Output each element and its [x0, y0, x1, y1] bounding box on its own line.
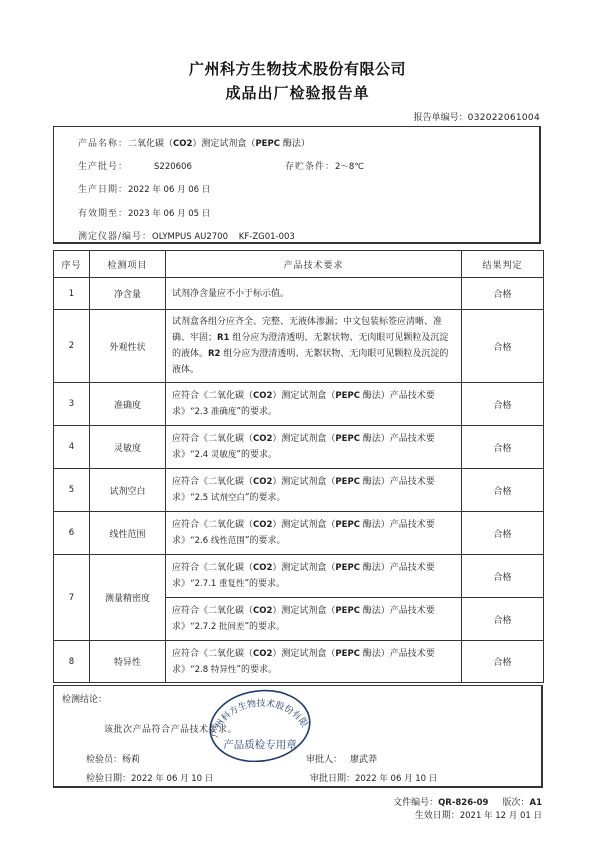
- report-number-value: 032022061004: [468, 113, 540, 123]
- doc-no-label: 文件编号：: [393, 798, 438, 808]
- req-co2: CO2: [253, 649, 272, 659]
- approve-date-label: 审批日期：: [310, 774, 355, 784]
- row-no: 2: [54, 310, 90, 383]
- req-clause: 2.7.1 重复性: [195, 579, 245, 589]
- req-co2: CO2: [253, 434, 272, 444]
- product-name-part: 二氧化碳（: [128, 139, 173, 149]
- instrument-value: OLYMPUS AU2700 KF-ZG01-003: [152, 232, 295, 242]
- product-name-part: 酶法）: [280, 139, 310, 149]
- row-requirement: 应符合《二氧化碳（CO2）测定试剂盒（PEPC 酶法）产品技术要求》“2.7.2…: [166, 598, 462, 641]
- req-co2: CO2: [253, 563, 272, 573]
- req-text: 应符合《二氧化碳（: [172, 563, 253, 573]
- row-result: 合格: [462, 555, 544, 598]
- row-result: 合格: [462, 469, 544, 512]
- req-pepc: PEPC: [335, 391, 360, 401]
- row-item: 试剂空白: [90, 469, 166, 512]
- req-text: ）测定试剂盒（: [272, 391, 335, 401]
- table-row: 4 灵敏度 应符合《二氧化碳（CO2）测定试剂盒（PEPC 酶法）产品技术要求》…: [54, 426, 544, 469]
- row-requirement: 应符合《二氧化碳（CO2）测定试剂盒（PEPC 酶法）产品技术要求》“2.6 线…: [166, 512, 462, 555]
- row-item: 准确度: [90, 383, 166, 426]
- req-text: ）测定试剂盒（: [272, 477, 335, 487]
- row-requirement: 应符合《二氧化碳（CO2）测定试剂盒（PEPC 酶法）产品技术要求》“2.4 灵…: [166, 426, 462, 469]
- doc-no-value: QR-826-09: [438, 798, 488, 808]
- inspect-date-label: 检验日期：: [86, 774, 131, 784]
- table-header-row: 序号 检测项目 产品技术要求 结果判定: [54, 251, 544, 278]
- approver-line: 审批人：廖武莽: [306, 752, 377, 765]
- row-result: 合格: [462, 383, 544, 426]
- results-table: 序号 检测项目 产品技术要求 结果判定 1 净含量 试剂净含量应不小于标示值。 …: [53, 250, 544, 683]
- req-text: 应符合《二氧化碳（: [172, 649, 253, 659]
- production-date-label: 生产日期：: [78, 185, 128, 195]
- req-co2: CO2: [253, 477, 272, 487]
- row-result: 合格: [462, 512, 544, 555]
- req-text: 应符合《二氧化碳（: [172, 434, 253, 444]
- row-requirement: 试剂净含量应不小于标示值。: [166, 278, 462, 310]
- stamp-ring-text: 广州科方生物技术股份有限公司: [206, 686, 310, 739]
- storage-label: 存贮条件：: [285, 162, 335, 172]
- batch-label: 生产批号：: [78, 162, 128, 172]
- req-r1: R1: [217, 333, 229, 343]
- inspect-date-value: 2022 年 06 月 10 日: [131, 774, 213, 784]
- row-result: 合格: [462, 598, 544, 641]
- expiry-line: 有效期至：2023 年 06 月 05 日: [78, 206, 210, 219]
- row-no: 8: [54, 641, 90, 683]
- row-requirement: 应符合《二氧化碳（CO2）测定试剂盒（PEPC 酶法）产品技术要求》“2.3 准…: [166, 383, 462, 426]
- row-result: 合格: [462, 310, 544, 383]
- footer-effective-date: 生效日期：2021 年 12 月 01 日: [415, 808, 542, 821]
- req-pepc: PEPC: [335, 563, 360, 573]
- req-co2: CO2: [253, 520, 272, 530]
- req-text: ）测定试剂盒（: [272, 649, 335, 659]
- req-clause: 2.5 试剂空白: [195, 493, 245, 503]
- storage-value: 2～8℃: [335, 162, 364, 172]
- req-text: ”的要求。: [245, 536, 286, 546]
- header-requirement: 产品技术要求: [166, 251, 462, 278]
- row-item: 外观性状: [90, 310, 166, 383]
- row-requirement: 试剂盒各组分应齐全、完整、无液体渗漏；中文包装标签应清晰、准确、牢固；R1 组分…: [166, 310, 462, 383]
- product-name-label: 产品名称：: [78, 139, 128, 149]
- approve-date-value: 2022 年 06 月 10 日: [355, 774, 437, 784]
- req-text: ）测定试剂盒（: [272, 434, 335, 444]
- row-item: 线性范围: [90, 512, 166, 555]
- conclusion-label: 检测结论：: [62, 692, 107, 705]
- product-name-co2: CO2: [173, 139, 192, 149]
- row-item: 特异性: [90, 641, 166, 683]
- req-text: ）测定试剂盒（: [272, 606, 335, 616]
- req-text: ）测定试剂盒（: [272, 520, 335, 530]
- req-pepc: PEPC: [335, 606, 360, 616]
- row-item: 净含量: [90, 278, 166, 310]
- effective-date-value: 2021 年 12 月 01 日: [460, 811, 542, 821]
- req-text: ）测定试剂盒（: [272, 563, 335, 573]
- quality-inspection-stamp: 广州科方生物技术股份有限公司 产品质检专用章: [206, 686, 314, 762]
- inspect-date-line: 检验日期：2022 年 06 月 10 日: [86, 771, 213, 784]
- req-clause: 2.4 灵敏度: [195, 450, 237, 460]
- table-row: 6 线性范围 应符合《二氧化碳（CO2）测定试剂盒（PEPC 酶法）产品技术要求…: [54, 512, 544, 555]
- approve-date-line: 审批日期：2022 年 06 月 10 日: [310, 771, 437, 784]
- product-info-box: 产品名称：二氧化碳（CO2）测定试剂盒（PEPC 酶法） 生产批号：S22060…: [53, 126, 541, 244]
- table-row: 1 净含量 试剂净含量应不小于标示值。 合格: [54, 278, 544, 310]
- row-result: 合格: [462, 426, 544, 469]
- row-no: 5: [54, 469, 90, 512]
- row-requirement: 应符合《二氧化碳（CO2）测定试剂盒（PEPC 酶法）产品技术要求》“2.7.1…: [166, 555, 462, 598]
- report-number: 报告单编号：032022061004: [414, 110, 540, 123]
- report-number-label: 报告单编号：: [414, 113, 468, 123]
- table-row: 8 特异性 应符合《二氧化碳（CO2）测定试剂盒（PEPC 酶法）产品技术要求》…: [54, 641, 544, 683]
- table-row: 3 准确度 应符合《二氧化碳（CO2）测定试剂盒（PEPC 酶法）产品技术要求》…: [54, 383, 544, 426]
- version-label: 版次：: [502, 798, 529, 808]
- company-name: 广州科方生物技术股份有限公司: [0, 58, 595, 79]
- req-text: 应符合《二氧化碳（: [172, 391, 253, 401]
- req-text: 应符合《二氧化碳（: [172, 606, 253, 616]
- row-requirement: 应符合《二氧化碳（CO2）测定试剂盒（PEPC 酶法）产品技术要求》“2.8 特…: [166, 641, 462, 683]
- stamp-seal-icon: 广州科方生物技术股份有限公司 产品质检专用章: [206, 686, 314, 762]
- row-requirement: 应符合《二氧化碳（CO2）测定试剂盒（PEPC 酶法）产品技术要求》“2.5 试…: [166, 469, 462, 512]
- row-result: 合格: [462, 641, 544, 683]
- inspector-label: 检验员：: [86, 755, 122, 765]
- batch-line: 生产批号：S220606: [78, 159, 192, 172]
- expiry-label: 有效期至：: [78, 209, 128, 219]
- document-title: 成品出厂检验报告单: [0, 82, 595, 103]
- header-result: 结果判定: [462, 251, 544, 278]
- product-name-line: 产品名称：二氧化碳（CO2）测定试剂盒（PEPC 酶法）: [78, 136, 310, 149]
- inspector-name: 杨莉: [122, 755, 140, 765]
- req-pepc: PEPC: [335, 434, 360, 444]
- req-text: 应符合《二氧化碳（: [172, 477, 253, 487]
- version-value: A1: [530, 798, 543, 808]
- inspector-line: 检验员：杨莉: [86, 752, 140, 765]
- row-no: 1: [54, 278, 90, 310]
- product-name-part: ）测定试剂盒（: [192, 139, 255, 149]
- req-text: ”的要求。: [244, 622, 285, 632]
- row-no: 4: [54, 426, 90, 469]
- req-clause: 2.6 线性范围: [195, 536, 245, 546]
- req-pepc: PEPC: [335, 520, 360, 530]
- row-no: 3: [54, 383, 90, 426]
- storage-line: 存贮条件：2～8℃: [285, 159, 364, 172]
- header-no: 序号: [54, 251, 90, 278]
- production-date-line: 生产日期：2022 年 06 月 06 日: [78, 182, 210, 195]
- req-text: ”的要求。: [245, 493, 286, 503]
- production-date-value: 2022 年 06 月 06 日: [128, 185, 210, 195]
- footer-doc-info: 文件编号：QR-826-09版次：A1: [393, 795, 542, 808]
- req-text: ”的要求。: [244, 579, 285, 589]
- table-row: 7 测量精密度 应符合《二氧化碳（CO2）测定试剂盒（PEPC 酶法）产品技术要…: [54, 555, 544, 598]
- batch-value: S220606: [154, 162, 192, 172]
- req-text: ”的要求。: [236, 665, 277, 675]
- row-no: 7: [54, 555, 90, 641]
- row-item: 测量精密度: [90, 555, 166, 641]
- req-text: 应符合《二氧化碳（: [172, 520, 253, 530]
- row-result: 合格: [462, 278, 544, 310]
- req-co2: CO2: [253, 391, 272, 401]
- req-text: ”的要求。: [236, 407, 277, 417]
- table-row: 2 外观性状 试剂盒各组分应齐全、完整、无液体渗漏；中文包装标签应清晰、准确、牢…: [54, 310, 544, 383]
- table-row: 5 试剂空白 应符合《二氧化碳（CO2）测定试剂盒（PEPC 酶法）产品技术要求…: [54, 469, 544, 512]
- req-r2: R2: [208, 349, 220, 359]
- req-clause: 2.7.2 批间差: [195, 622, 245, 632]
- row-item: 灵敏度: [90, 426, 166, 469]
- req-pepc: PEPC: [335, 477, 360, 487]
- req-clause: 2.3 准确度: [195, 407, 237, 417]
- req-co2: CO2: [253, 606, 272, 616]
- header-item: 检测项目: [90, 251, 166, 278]
- req-clause: 2.8 特异性: [195, 665, 237, 675]
- expiry-value: 2023 年 06 月 05 日: [128, 209, 210, 219]
- product-name-pepc: PEPC: [255, 139, 280, 149]
- stamp-center-text: 产品质检专用章: [223, 738, 297, 751]
- effective-date-label: 生效日期：: [415, 811, 460, 821]
- instrument-line: 测定仪器/编号：OLYMPUS AU2700 KF-ZG01-003: [78, 229, 295, 242]
- approver-name: 廖武莽: [350, 755, 377, 765]
- row-no: 6: [54, 512, 90, 555]
- req-text: ”的要求。: [236, 450, 277, 460]
- req-pepc: PEPC: [335, 649, 360, 659]
- instrument-label: 测定仪器/编号：: [78, 232, 152, 242]
